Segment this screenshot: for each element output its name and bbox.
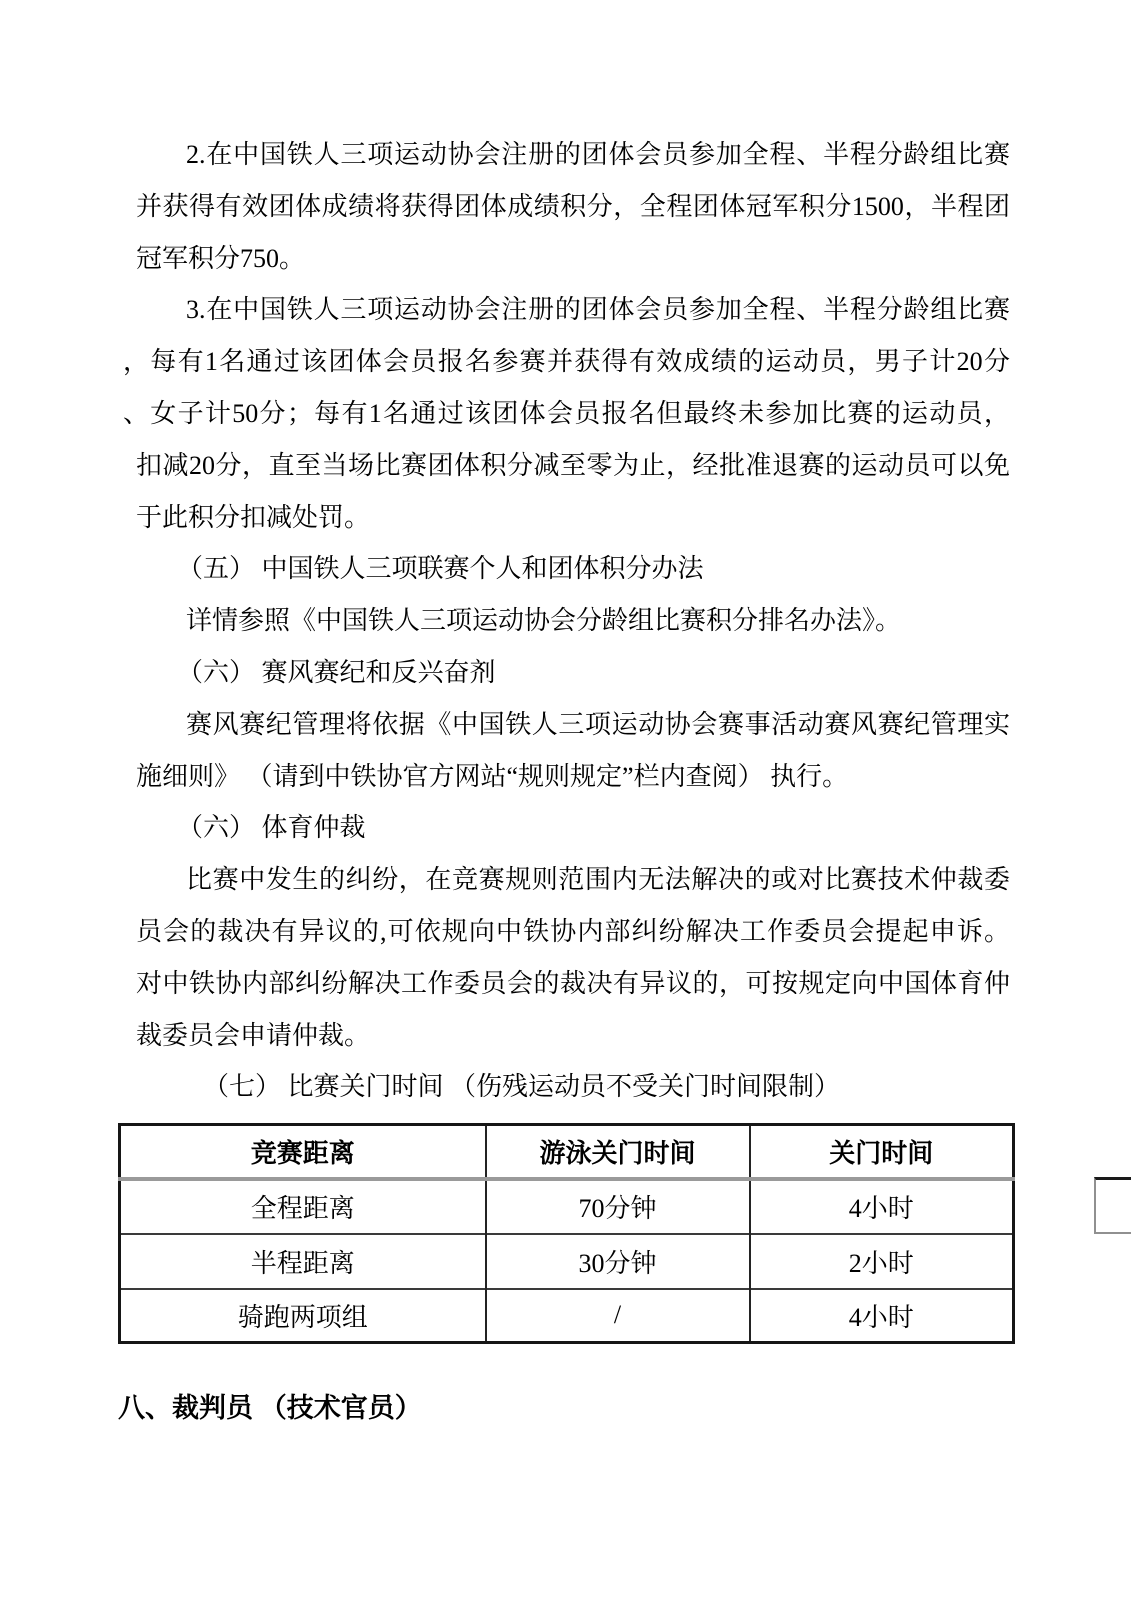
- paragraph-line: 于此积分扣减处罚。: [136, 492, 1010, 544]
- table-cell: 2小时: [750, 1234, 1014, 1289]
- paragraph-line: 比赛中发生的纠纷，在竞赛规则范围内无法解决的或对比赛技术仲裁委: [136, 854, 1010, 906]
- table-row: 骑跑两项组 / 4小时: [120, 1289, 1014, 1343]
- section-heading-line: （六） 体育仲裁: [136, 802, 1010, 854]
- table-cell: 全程距离: [120, 1179, 486, 1234]
- table-cell: /: [486, 1289, 750, 1343]
- table-cell: 4小时: [750, 1289, 1014, 1343]
- empty-margin-note-box: [1094, 1177, 1131, 1234]
- paragraph-line: ，每有1名通过该团体会员报名参赛并获得有效成绩的运动员，男子计20分: [123, 336, 1010, 388]
- section-heading-line: （七） 比赛关门时间 （伤残运动员不受关门时间限制）: [136, 1061, 1010, 1113]
- table-cell: 70分钟: [486, 1179, 750, 1234]
- table-row: 全程距离 70分钟 4小时: [120, 1179, 1014, 1234]
- table-header-cell: 游泳关门时间: [486, 1125, 750, 1179]
- table-cell: 骑跑两项组: [120, 1289, 486, 1343]
- paragraph-line: 3.在中国铁人三项运动协会注册的团体会员参加全程、半程分龄组比赛: [136, 284, 1010, 336]
- table-header-row: 竞赛距离 游泳关门时间 关门时间: [120, 1125, 1014, 1179]
- table-header-cell: 关门时间: [750, 1125, 1014, 1179]
- chapter-heading: 八、裁判员 （技术官员）: [118, 1384, 422, 1432]
- paragraph-line: 对中铁协内部纠纷解决工作委员会的裁决有异议的，可按规定向中国体育仲: [136, 958, 1010, 1010]
- paragraph-line: 裁委员会申请仲裁。: [136, 1010, 1010, 1062]
- table-header-cell: 竞赛距离: [120, 1125, 486, 1179]
- document-page: 2.在中国铁人三项运动协会注册的团体会员参加全程、半程分龄组比赛 并获得有效团体…: [0, 0, 1131, 1600]
- paragraph-line: 详情参照《中国铁人三项运动协会分龄组比赛积分排名办法》。: [136, 595, 1010, 647]
- section-heading-line: （五） 中国铁人三项联赛个人和团体积分办法: [136, 543, 1010, 595]
- table-cell: 半程距离: [120, 1234, 486, 1289]
- paragraph-line: 员会的裁决有异议的,可依规向中铁协内部纠纷解决工作委员会提起申诉。: [136, 906, 1010, 958]
- paragraph-line: 2.在中国铁人三项运动协会注册的团体会员参加全程、半程分龄组比赛: [136, 129, 1010, 181]
- paragraph-line: 赛风赛纪管理将依据《中国铁人三项运动协会赛事活动赛风赛纪管理实: [136, 699, 1010, 751]
- paragraph-line: 扣减20分，直至当场比赛团体积分减至零为止，经批准退赛的运动员可以免: [136, 440, 1010, 492]
- table-cell: 30分钟: [486, 1234, 750, 1289]
- body-text: 2.在中国铁人三项运动协会注册的团体会员参加全程、半程分龄组比赛 并获得有效团体…: [136, 129, 1010, 1113]
- paragraph-line: 并获得有效团体成绩将获得团体成绩积分，全程团体冠军积分1500，半程团体: [136, 181, 1010, 233]
- closing-times-table: 竞赛距离 游泳关门时间 关门时间 全程距离 70分钟 4小时 半程距离 30分钟…: [118, 1123, 1015, 1344]
- section-heading-line: （六） 赛风赛纪和反兴奋剂: [136, 647, 1010, 699]
- table-cell: 4小时: [750, 1179, 1014, 1234]
- table-row: 半程距离 30分钟 2小时: [120, 1234, 1014, 1289]
- paragraph-line: 施细则》 （请到中铁协官方网站“规则规定”栏内查阅） 执行。: [136, 751, 1010, 803]
- paragraph-line: 、女子计50分；每有1名通过该团体会员报名但最终未参加比赛的运动员，: [123, 388, 1010, 440]
- paragraph-line: 冠军积分750。: [136, 233, 1010, 285]
